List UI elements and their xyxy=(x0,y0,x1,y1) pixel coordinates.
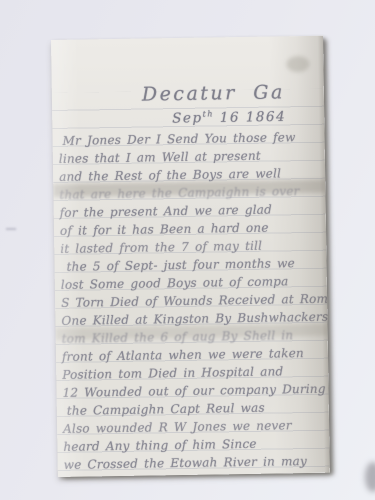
letter-paper: Decatur Ga Septh 16 1864 Mr Jones Der I … xyxy=(51,36,330,477)
photo-background: Decatur Ga Septh 16 1864 Mr Jones Der I … xyxy=(0,0,375,500)
background-scratch-mark xyxy=(6,228,16,230)
paper-edge-crease xyxy=(51,36,330,477)
background-smudge xyxy=(365,462,375,492)
